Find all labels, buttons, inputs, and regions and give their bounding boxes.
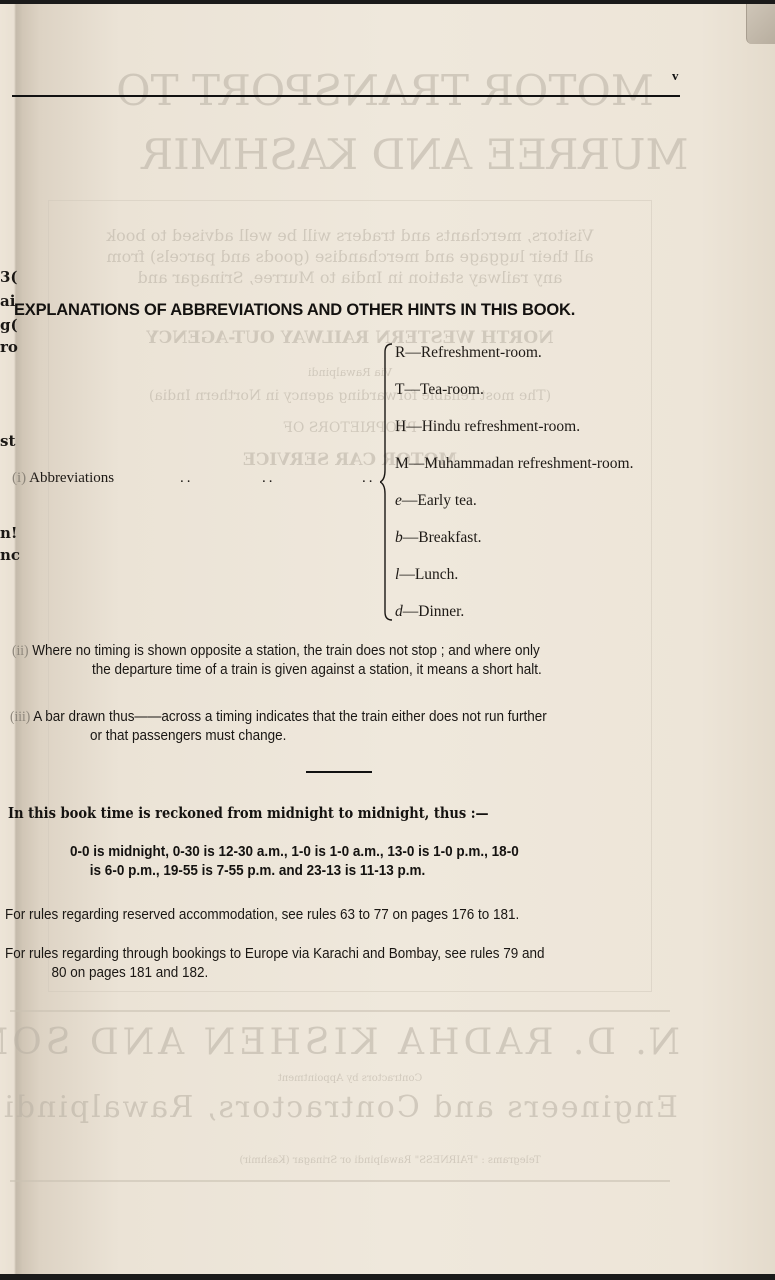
left-page-fragment: 3( xyxy=(0,268,18,286)
abbreviation-item: b—Breakfast. xyxy=(395,527,633,564)
rules-note-line: For rules regarding through bookings to … xyxy=(5,946,544,962)
abbreviations-label-text: Abbreviations xyxy=(29,470,114,486)
abbreviation-key: b xyxy=(395,529,403,546)
abbreviation-item: e—Early tea. xyxy=(395,490,633,527)
abbreviation-item: H—Hindu refreshment-room. xyxy=(395,416,633,453)
page-corner-fold xyxy=(746,4,775,44)
dot-leader: .. xyxy=(362,470,376,487)
bleed-through-footer-sub: Contractors by Appointment xyxy=(100,1073,600,1084)
section-divider xyxy=(306,771,372,773)
abbreviations-number: (i) xyxy=(12,470,26,486)
gutter-shadow xyxy=(0,4,22,1274)
rules-note-line: For rules regarding reserved accommodati… xyxy=(5,907,519,923)
abbreviation-key: l xyxy=(395,566,399,583)
abbreviation-key: R xyxy=(395,344,405,361)
abbreviation-key: d xyxy=(395,603,403,620)
bleed-through-intro-1: Visitors, merchants and traders will be … xyxy=(70,226,630,245)
header-rule xyxy=(12,95,680,97)
hint-line: the departure time of a train is given a… xyxy=(12,661,542,680)
abbreviation-key: M xyxy=(395,455,409,472)
bleed-through-intro-3: any railway station in India to Murree, … xyxy=(70,268,630,287)
abbreviation-meaning: Early tea. xyxy=(417,492,476,509)
abbreviation-meaning: Hindu refreshment-room. xyxy=(422,418,580,435)
bleed-through-rule-top xyxy=(10,1010,670,1012)
time-reckoning-examples: 0-0 is midnight, 0-30 is 12-30 a.m., 1-0… xyxy=(70,842,519,880)
left-page-fragment: nc xyxy=(0,546,20,564)
dot-leader: .. xyxy=(180,470,194,487)
abbreviations-label: (i) Abbreviations xyxy=(12,470,114,487)
hint-no-timing: (ii) Where no timing is shown opposite a… xyxy=(12,642,542,680)
bleed-through-title-2: MURREE AND KASHMIR xyxy=(120,130,710,179)
hint-number: (ii) xyxy=(12,643,28,659)
left-page-fragment: ro xyxy=(0,338,18,356)
abbreviation-meaning: Tea-room. xyxy=(420,381,484,398)
bleed-through-footer-contact: Telegrams : "FAIRNESS" Rawalpindi or Sri… xyxy=(100,1155,680,1166)
page-number: v xyxy=(672,68,679,84)
abbreviation-key: H xyxy=(395,418,406,435)
hint-number: (iii) xyxy=(10,709,30,725)
section-title: EXPLANATIONS OF ABBREVIATIONS AND OTHER … xyxy=(14,300,575,320)
hint-line: or that passengers must change. xyxy=(10,727,547,746)
abbreviation-meaning: Dinner. xyxy=(418,603,464,620)
bleed-through-footer-trade: Engineers and Contractors, Rawalpindi xyxy=(0,1090,680,1125)
time-example-line: is 6-0 p.m., 19-55 is 7-55 p.m. and 23-1… xyxy=(70,861,519,880)
left-page-fragment: st xyxy=(0,432,15,450)
rules-note-reserved: For rules regarding reserved accommodati… xyxy=(5,906,519,925)
abbreviation-item: d—Dinner. xyxy=(395,601,633,638)
hint-line: Where no timing is shown opposite a stat… xyxy=(32,643,539,659)
curly-brace-icon xyxy=(380,342,394,622)
abbreviation-meaning: Breakfast. xyxy=(418,529,481,546)
bleed-through-footer-name: N. D. RADHA KISHEN AND SONS xyxy=(0,1022,680,1063)
time-reckoning-heading: In this book time is reckoned from midni… xyxy=(8,805,489,822)
abbreviation-item: M—Muhammadan refreshment-room. xyxy=(395,453,633,490)
abbreviation-key: T xyxy=(395,381,404,398)
time-example-line: 0-0 is midnight, 0-30 is 12-30 a.m., 1-0… xyxy=(70,843,519,860)
abbreviation-key: e xyxy=(395,492,402,509)
hint-line: A bar drawn thus——across a timing indica… xyxy=(33,709,546,725)
abbreviation-item: T—Tea-room. xyxy=(395,379,633,416)
dot-leader: .. xyxy=(262,470,276,487)
scan-bottom-edge xyxy=(0,1274,775,1280)
bleed-through-intro-2: all their luggage and merchandise (goods… xyxy=(70,247,630,266)
hint-bar-drawn: (iii) A bar drawn thus——across a timing … xyxy=(10,708,547,746)
rules-note-europe: For rules regarding through bookings to … xyxy=(5,945,544,983)
abbreviation-meaning: Refreshment-room. xyxy=(421,344,542,361)
abbreviation-item: R—Refreshment-room. xyxy=(395,342,633,379)
abbreviation-item: l—Lunch. xyxy=(395,564,633,601)
abbreviation-meaning: Muhammadan refreshment-room. xyxy=(424,455,633,472)
rules-note-line: 80 on pages 181 and 182. xyxy=(5,964,544,983)
left-page-fragment: n! xyxy=(0,524,18,542)
bleed-through-rule-bottom xyxy=(10,1180,670,1182)
bleed-through-title-1: MOTOR TRANSPORT TO xyxy=(90,66,680,115)
abbreviations-list: R—Refreshment-room. T—Tea-room. H—Hindu … xyxy=(395,342,633,638)
abbreviation-meaning: Lunch. xyxy=(415,566,458,583)
